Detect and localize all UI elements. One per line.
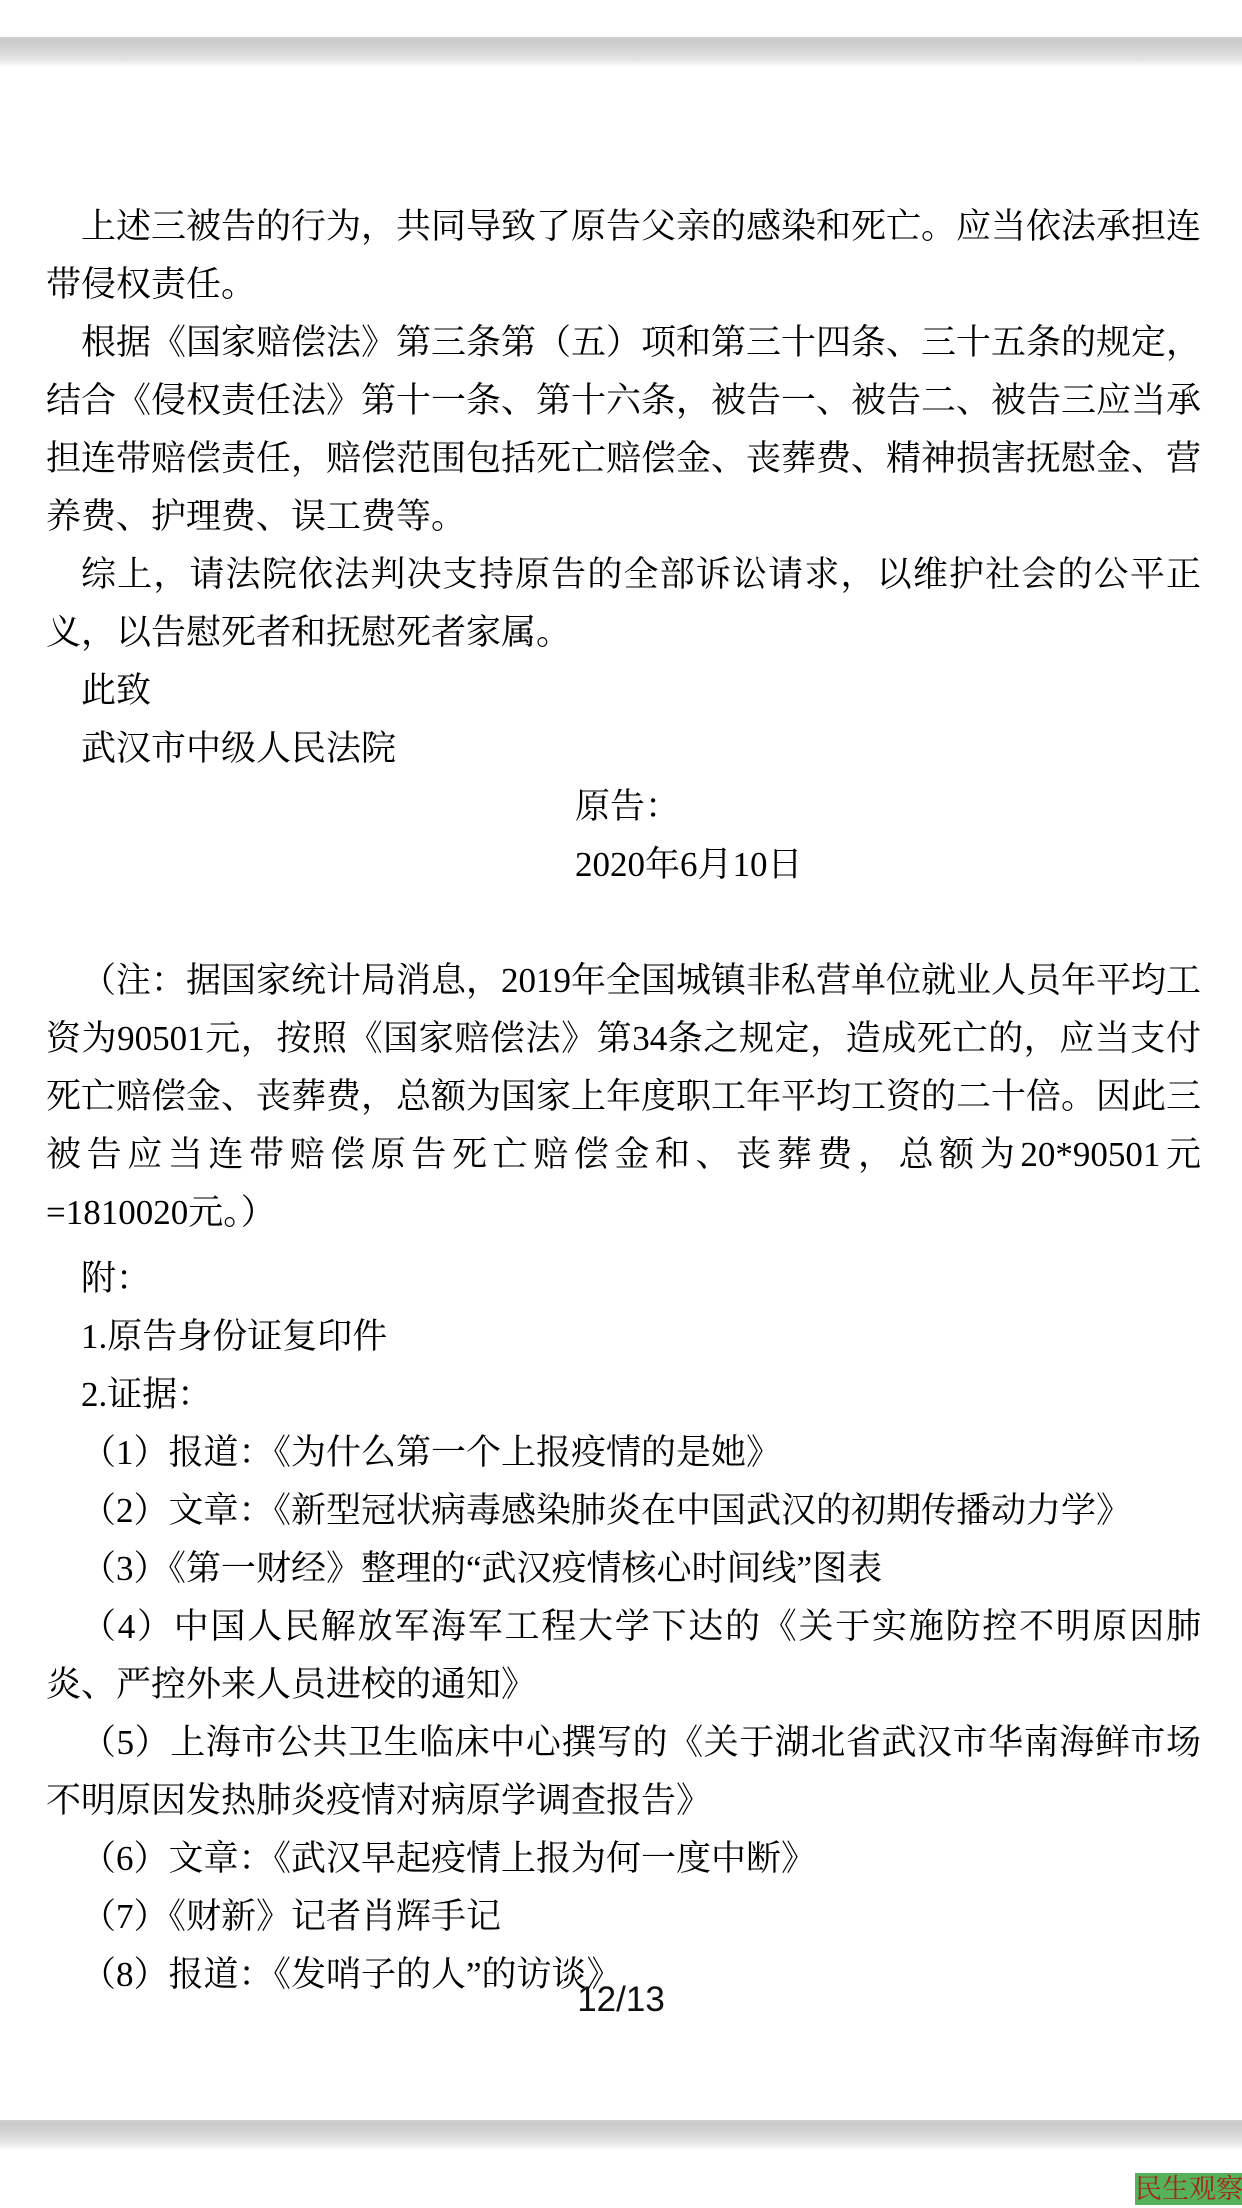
paragraph-liability: 上述三被告的行为，共同导致了原告父亲的感染和死亡。应当依法承担连带侵权责任。: [46, 198, 1201, 314]
evidence-item: （3）《第一财经》整理的“武汉疫情核心时间线”图表: [46, 1540, 1201, 1598]
court-name: 武汉市中级人民法院: [46, 720, 1201, 778]
page-separator-top: [0, 37, 1242, 67]
evidence-item: （7）《财新》记者肖辉手记: [46, 1888, 1201, 1946]
attachment-item-2: 2.证据：: [46, 1366, 1201, 1424]
evidence-item: （6）文章：《武汉早起疫情上报为何一度中断》: [46, 1830, 1201, 1888]
attachments-heading: 附：: [46, 1250, 1201, 1308]
page-separator-bottom: [0, 2120, 1242, 2150]
note-paragraph: （注：据国家统计局消息，2019年全国城镇非私营单位就业人员年平均工资为9050…: [46, 952, 1201, 1242]
evidence-item: （4）中国人民解放军海军工程大学下达的《关于实施防控不明原因肺炎、严控外来人员进…: [46, 1598, 1201, 1714]
signature-plaintiff-label: 原告：: [575, 778, 1201, 836]
evidence-item: （5）上海市公共卫生临床中心撰写的《关于湖北省武汉市华南海鲜市场不明原因发热肺炎…: [46, 1714, 1201, 1830]
evidence-item: （1）报道：《为什么第一个上报疫情的是她》: [46, 1424, 1201, 1482]
watermark-badge: 民生观察: [1135, 2173, 1242, 2205]
signature-date: 2020年6月10日: [575, 836, 1201, 894]
closing-salute: 此致: [46, 662, 1201, 720]
document-page: 上述三被告的行为，共同导致了原告父亲的感染和死亡。应当依法承担连带侵权责任。 根…: [46, 198, 1201, 2004]
evidence-item: （2）文章：《新型冠状病毒感染肺炎在中国武汉的初期传播动力学》: [46, 1482, 1201, 1540]
page-number: 12/13: [0, 1978, 1242, 2022]
paragraph-summary: 综上，请法院依法判决支持原告的全部诉讼请求，以维护社会的公平正义，以告慰死者和抚…: [46, 546, 1201, 662]
attachment-item-1: 1.原告身份证复印件: [46, 1308, 1201, 1366]
paragraph-legal-basis: 根据《国家赔偿法》第三条第（五）项和第三十四条、三十五条的规定，结合《侵权责任法…: [46, 314, 1201, 546]
document-viewer: 上述三被告的行为，共同导致了原告父亲的感染和死亡。应当依法承担连带侵权责任。 根…: [0, 0, 1242, 2208]
